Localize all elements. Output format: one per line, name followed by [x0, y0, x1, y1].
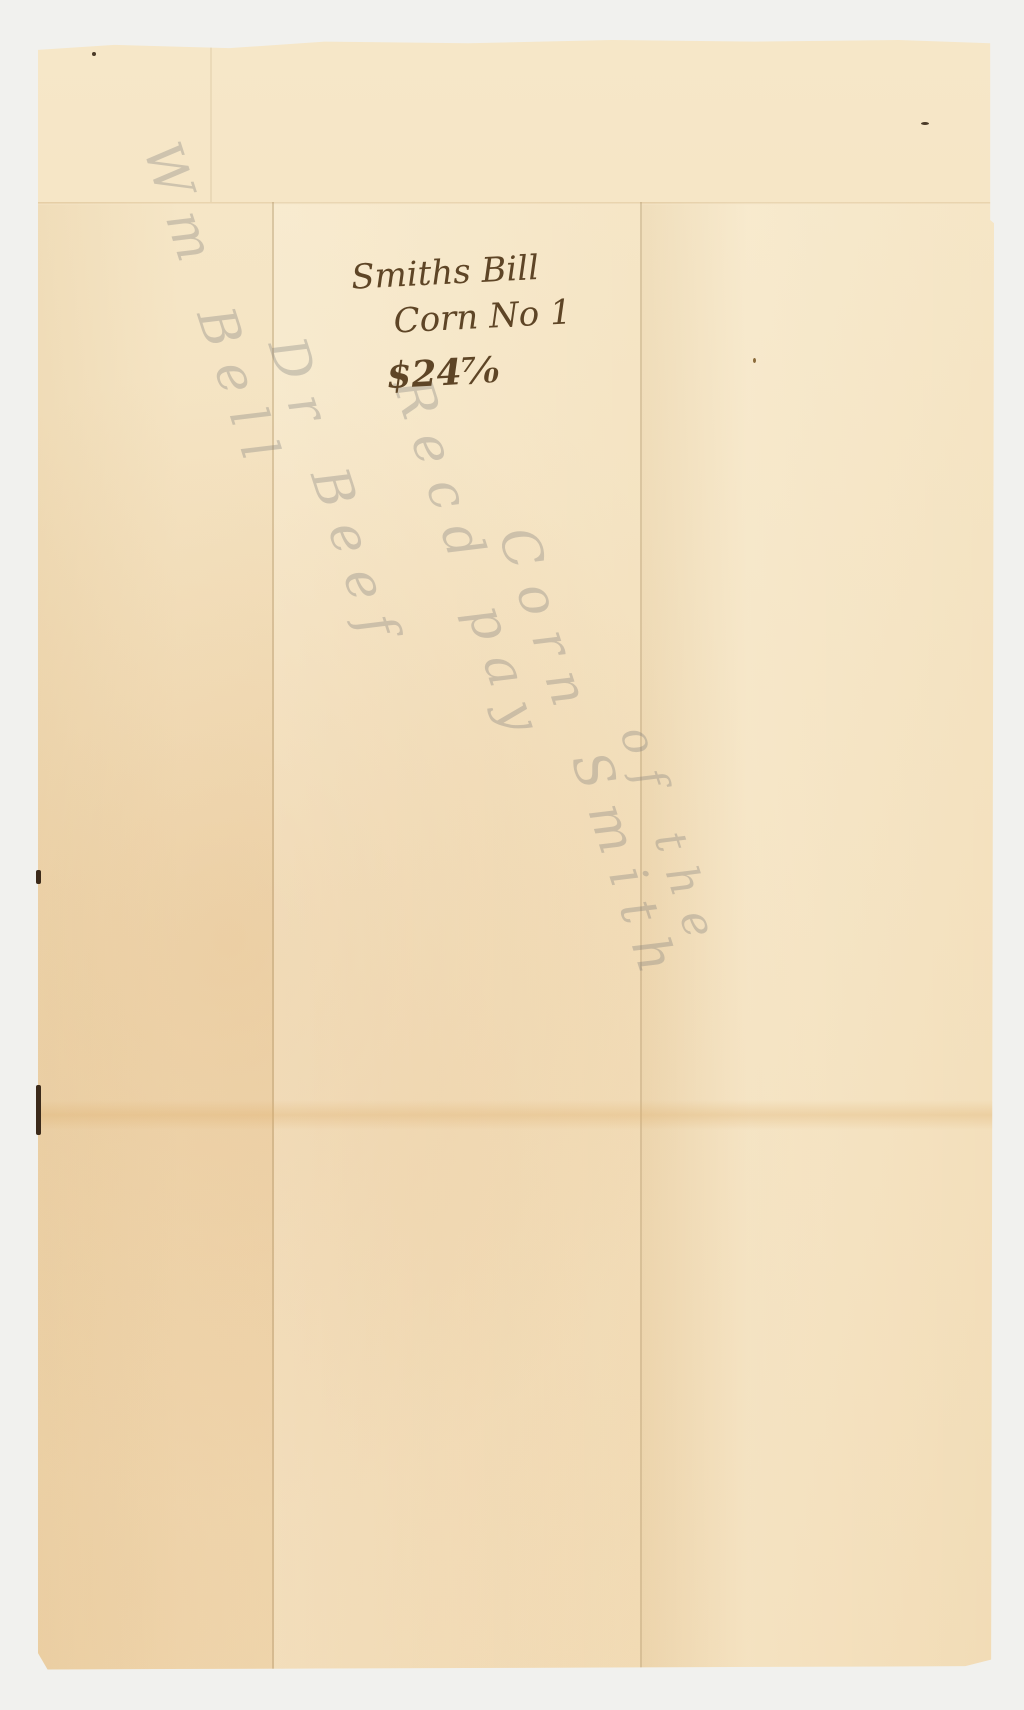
edge-damage	[36, 870, 41, 884]
water-stain	[38, 1100, 994, 1130]
ink-speck	[92, 52, 96, 56]
docket-subtitle: Corn No 1	[392, 288, 572, 345]
docket-amount: $24⁷⁄₀	[385, 336, 576, 406]
edge-damage	[36, 1085, 41, 1135]
vertical-fold-line	[210, 40, 212, 202]
ink-speck	[921, 122, 929, 125]
ink-speck	[753, 358, 756, 363]
docket-annotation: Smiths Bill Corn No 1 $24⁷⁄₀	[350, 244, 576, 407]
document-sheet: Wm Bell Dr Beef Recd pay Corn Smith of t…	[38, 40, 994, 1676]
